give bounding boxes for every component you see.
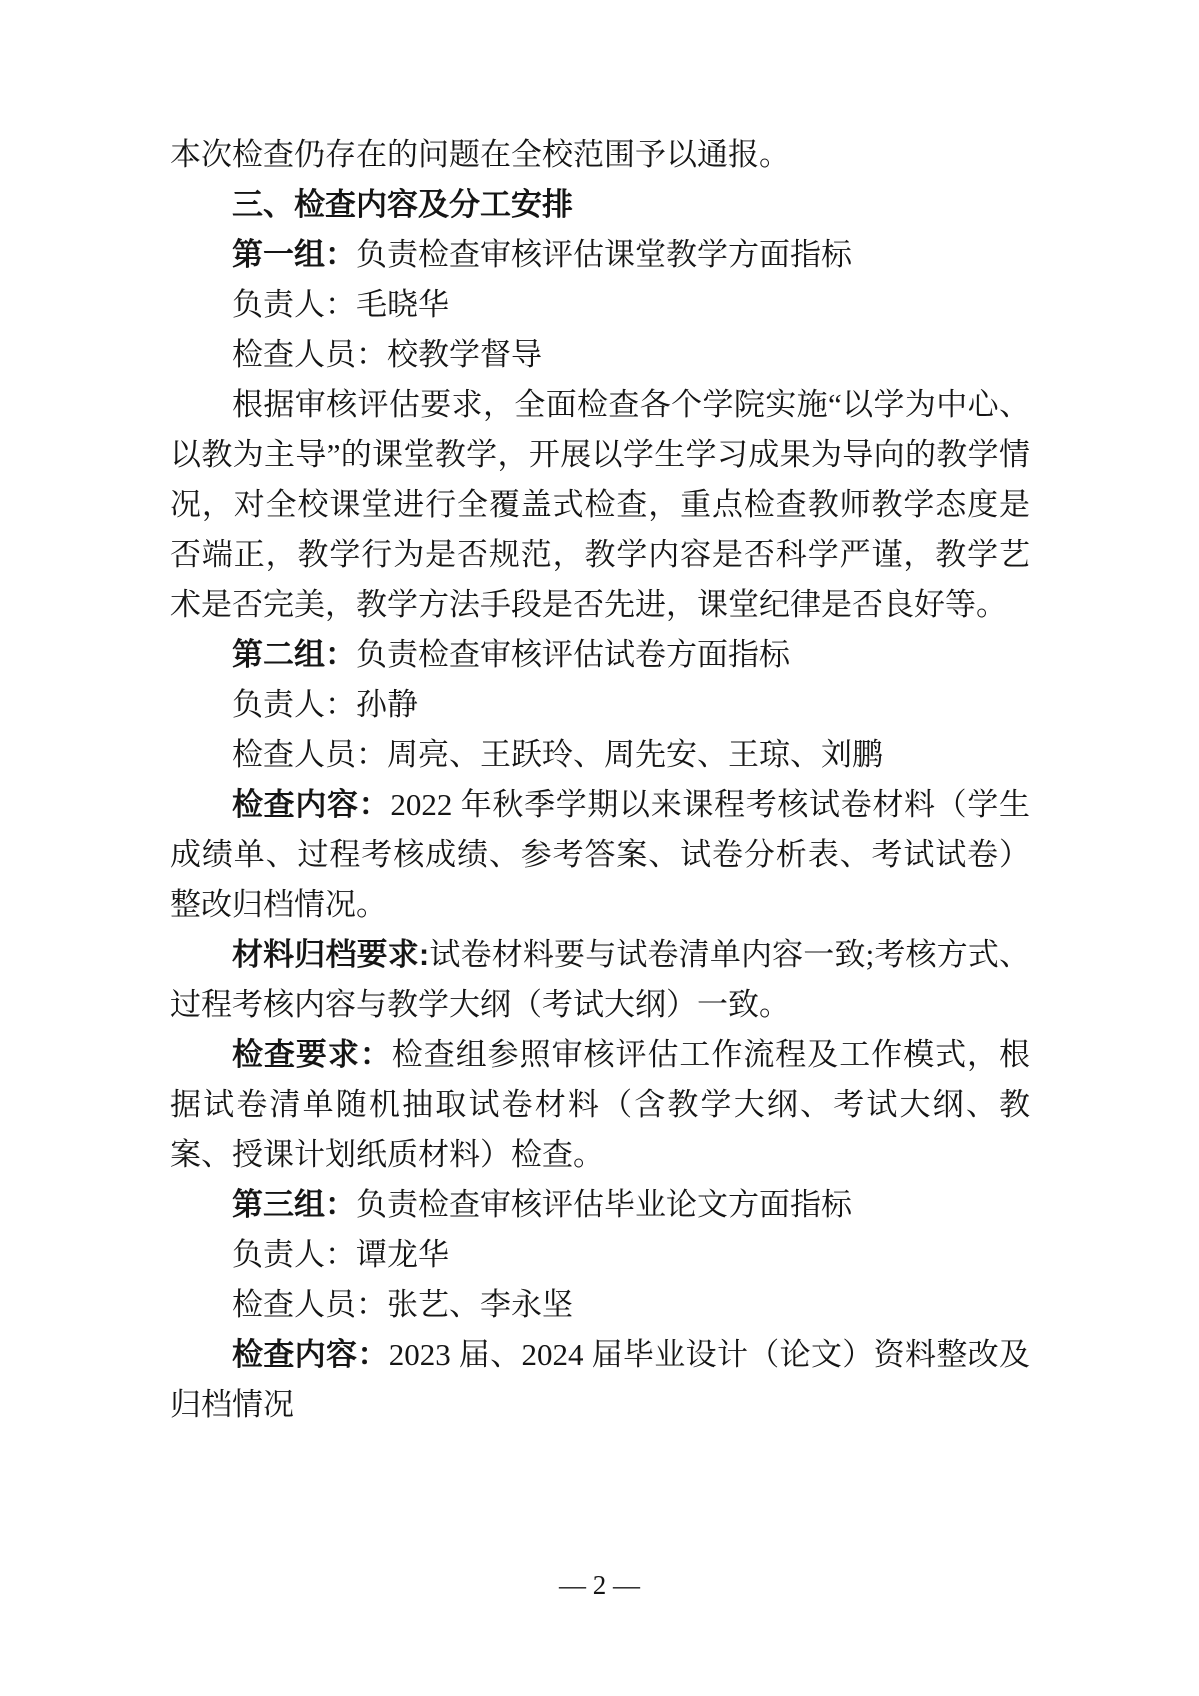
group2-title: 负责检查审核评估试卷方面指标 — [356, 637, 790, 672]
group2-label: 第二组： — [232, 637, 356, 672]
group2-requirement-paragraph: 检查要求：检查组参照审核评估工作流程及工作模式，根据试卷清单随机抽取试卷材料（含… — [170, 1030, 1030, 1180]
group1-inspectors-line: 检查人员：校教学督导 — [170, 330, 1030, 380]
group1-description-paragraph: 根据审核评估要求，全面检查各个学院实施“以学为中心、以教为主导”的课堂教学，开展… — [170, 380, 1030, 630]
document-page: 本次检查仍存在的问题在全校范围予以通报。 三、检查内容及分工安排 第一组：负责检… — [0, 0, 1199, 1696]
group3-leader-line: 负责人：谭龙华 — [170, 1230, 1030, 1280]
group2-content-label: 检查内容： — [232, 787, 390, 822]
group2-content-paragraph: 检查内容：2022 年秋季学期以来课程考核试卷材料（学生成绩单、过程考核成绩、参… — [170, 780, 1030, 930]
group2-inspectors: 检查人员：周亮、王跃玲、周先安、王琼、刘鹏 — [232, 737, 883, 772]
group1-inspectors: 检查人员：校教学督导 — [232, 337, 542, 372]
group3-label: 第三组： — [232, 1187, 356, 1222]
group3-inspectors: 检查人员：张艺、李永坚 — [232, 1287, 573, 1322]
section-heading-text: 三、检查内容及分工安排 — [232, 187, 573, 222]
group1-leader: 负责人：毛晓华 — [232, 287, 449, 322]
group3-content-label: 检查内容： — [232, 1337, 389, 1372]
section-heading: 三、检查内容及分工安排 — [170, 180, 1030, 230]
group3-inspectors-line: 检查人员：张艺、李永坚 — [170, 1280, 1030, 1330]
group3-leader: 负责人：谭龙华 — [232, 1237, 449, 1272]
group1-description: 根据审核评估要求，全面检查各个学院实施“以学为中心、以教为主导”的课堂教学，开展… — [170, 387, 1030, 622]
group2-title-line: 第二组：负责检查审核评估试卷方面指标 — [170, 630, 1030, 680]
intro-paragraph: 本次检查仍存在的问题在全校范围予以通报。 — [170, 130, 1030, 180]
group1-leader-line: 负责人：毛晓华 — [170, 280, 1030, 330]
intro-text: 本次检查仍存在的问题在全校范围予以通报。 — [170, 137, 790, 172]
group2-archive-paragraph: 材料归档要求:试卷材料要与试卷清单内容一致;考核方式、过程考核内容与教学大纲（考… — [170, 930, 1030, 1030]
group2-inspectors-line: 检查人员：周亮、王跃玲、周先安、王琼、刘鹏 — [170, 730, 1030, 780]
group1-title-line: 第一组：负责检查审核评估课堂教学方面指标 — [170, 230, 1030, 280]
group1-title: 负责检查审核评估课堂教学方面指标 — [356, 237, 852, 272]
group1-label: 第一组： — [232, 237, 356, 272]
group2-archive-label: 材料归档要求: — [232, 937, 429, 972]
group2-leader-line: 负责人：孙静 — [170, 680, 1030, 730]
group2-requirement-label: 检查要求： — [232, 1037, 392, 1072]
document-body: 本次检查仍存在的问题在全校范围予以通报。 三、检查内容及分工安排 第一组：负责检… — [170, 130, 1030, 1430]
group3-content-paragraph: 检查内容：2023 届、2024 届毕业设计（论文）资料整改及归档情况 — [170, 1330, 1030, 1430]
page-footer: — 2 — — [0, 1565, 1199, 1605]
group2-leader: 负责人：孙静 — [232, 687, 418, 722]
group3-title-line: 第三组：负责检查审核评估毕业论文方面指标 — [170, 1180, 1030, 1230]
group3-title: 负责检查审核评估毕业论文方面指标 — [356, 1187, 852, 1222]
page-number: — 2 — — [559, 1570, 640, 1600]
